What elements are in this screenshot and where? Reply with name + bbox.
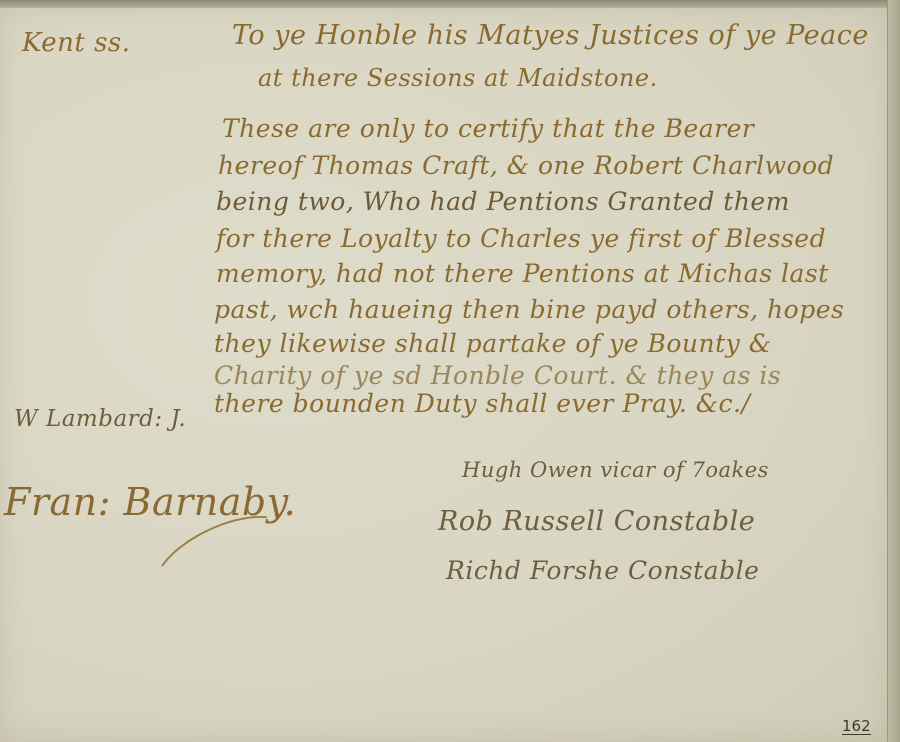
body-line-8: Charity of ye sd Honble Court. & they as… — [214, 361, 781, 390]
page-right-edge — [887, 0, 900, 742]
county-heading: Kent ss. — [22, 28, 131, 58]
folio-number: 162 — [842, 718, 871, 735]
manuscript-page: Kent ss. To ye Honble his Matyes Justice… — [0, 6, 888, 742]
signature-owen: Hugh Owen vicar of 7oakes — [462, 458, 769, 482]
signature-forshe: Richd Forshe Constable — [446, 556, 759, 585]
address-line-2: at there Sessions at Maidstone. — [258, 64, 658, 92]
address-line-1: To ye Honble his Matyes Justices of ye P… — [232, 20, 869, 51]
body-line-1: These are only to certify that the Beare… — [222, 114, 754, 143]
signature-russell: Rob Russell Constable — [438, 506, 755, 537]
body-line-2: hereof Thomas Craft, & one Robert Charlw… — [218, 151, 834, 180]
body-line-5: memory, had not there Pentions at Michas… — [216, 259, 829, 288]
body-line-9: there bounden Duty shall ever Pray. &c./ — [214, 389, 750, 418]
signature-lambard: W Lambard: J. — [14, 406, 186, 432]
body-line-3: being two, Who had Pentions Granted them — [216, 187, 790, 216]
body-line-7: they likewise shall partake of ye Bounty… — [214, 329, 772, 358]
page-top-edge — [0, 0, 900, 8]
body-line-6: past, wch haueing then bine payd others,… — [214, 295, 844, 324]
body-line-4: for there Loyalty to Charles ye first of… — [216, 224, 826, 253]
